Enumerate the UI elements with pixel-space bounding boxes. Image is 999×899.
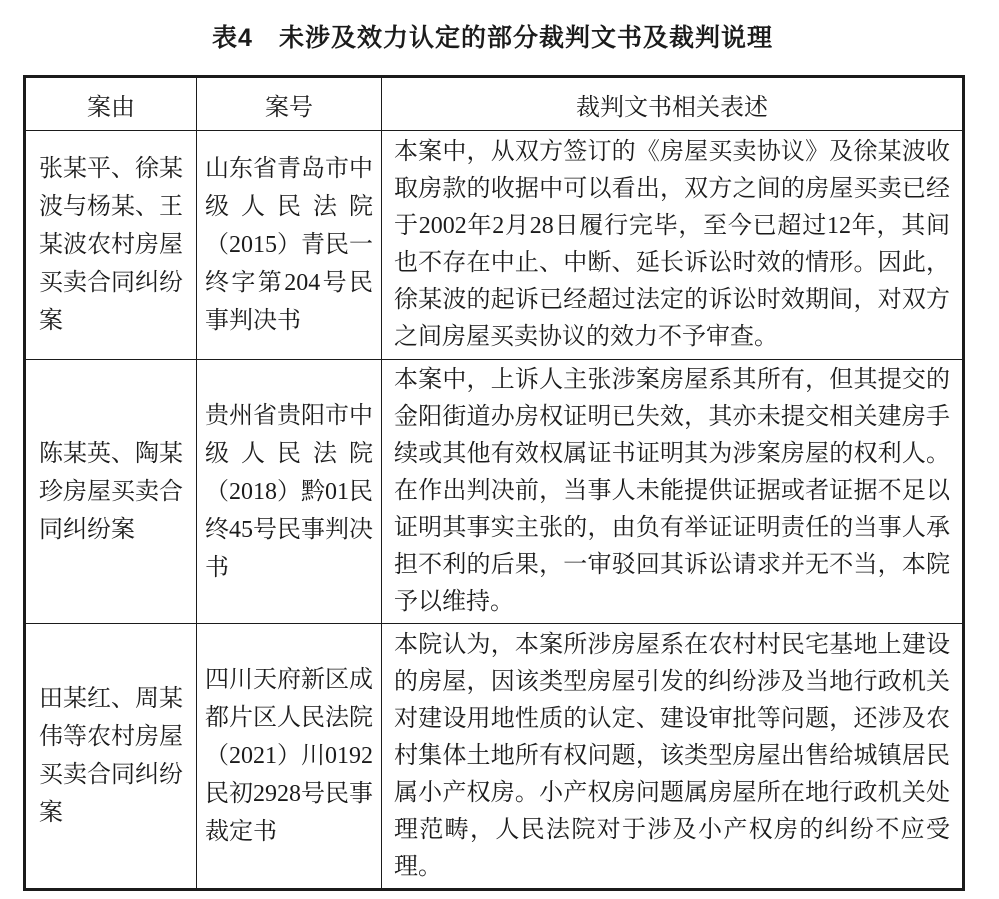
cell-statement-2: 本案中，上诉人主张涉案房屋系其所有，但其提交的金阳街道办房权证明已失效，其亦未提…: [382, 360, 964, 624]
cell-statement-1: 本案中，从双方签订的《房屋买卖协议》及徐某波收取房款的收据中可以看出，双方之间的…: [382, 131, 964, 360]
header-cause: 案由: [25, 77, 197, 131]
header-case-number: 案号: [197, 77, 382, 131]
cell-cause-1: 张某平、徐某波与杨某、王某波农村房屋买卖合同纠纷案: [25, 131, 197, 360]
table-row: 张某平、徐某波与杨某、王某波农村房屋买卖合同纠纷案 山东省青岛市中级人民法院（2…: [25, 131, 964, 360]
table-row: 田某红、周某伟等农村房屋买卖合同纠纷案 四川天府新区成都片区人民法院（2021）…: [25, 624, 964, 890]
cell-cause-2: 陈某英、陶某珍房屋买卖合同纠纷案: [25, 360, 197, 624]
cell-case-number-3: 四川天府新区成都片区人民法院（2021）川0192民初2928号民事裁定书: [197, 624, 382, 890]
table-row: 陈某英、陶某珍房屋买卖合同纠纷案 贵州省贵阳市中级人民法院（2018）黔01民终…: [25, 360, 964, 624]
header-statement: 裁判文书相关表述: [382, 77, 964, 131]
cell-cause-3: 田某红、周某伟等农村房屋买卖合同纠纷案: [25, 624, 197, 890]
cell-statement-3: 本院认为，本案所涉房屋系在农村村民宅基地上建设的房屋，因该类型房屋引发的纠纷涉及…: [382, 624, 964, 890]
table-header-row: 案由 案号 裁判文书相关表述: [25, 77, 964, 131]
cell-case-number-1: 山东省青岛市中级人民法院（2015）青民一终字第204号民事判决书: [197, 131, 382, 360]
cell-case-number-2: 贵州省贵阳市中级人民法院（2018）黔01民终45号民事判决书: [197, 360, 382, 624]
document-page: 表4 未涉及效力认定的部分裁判文书及裁判说理 案由 案号 裁判文书相关表述 张某…: [0, 0, 999, 899]
table-caption: 表4 未涉及效力认定的部分裁判文书及裁判说理: [23, 18, 962, 54]
judgment-table: 案由 案号 裁判文书相关表述 张某平、徐某波与杨某、王某波农村房屋买卖合同纠纷案…: [23, 75, 965, 891]
